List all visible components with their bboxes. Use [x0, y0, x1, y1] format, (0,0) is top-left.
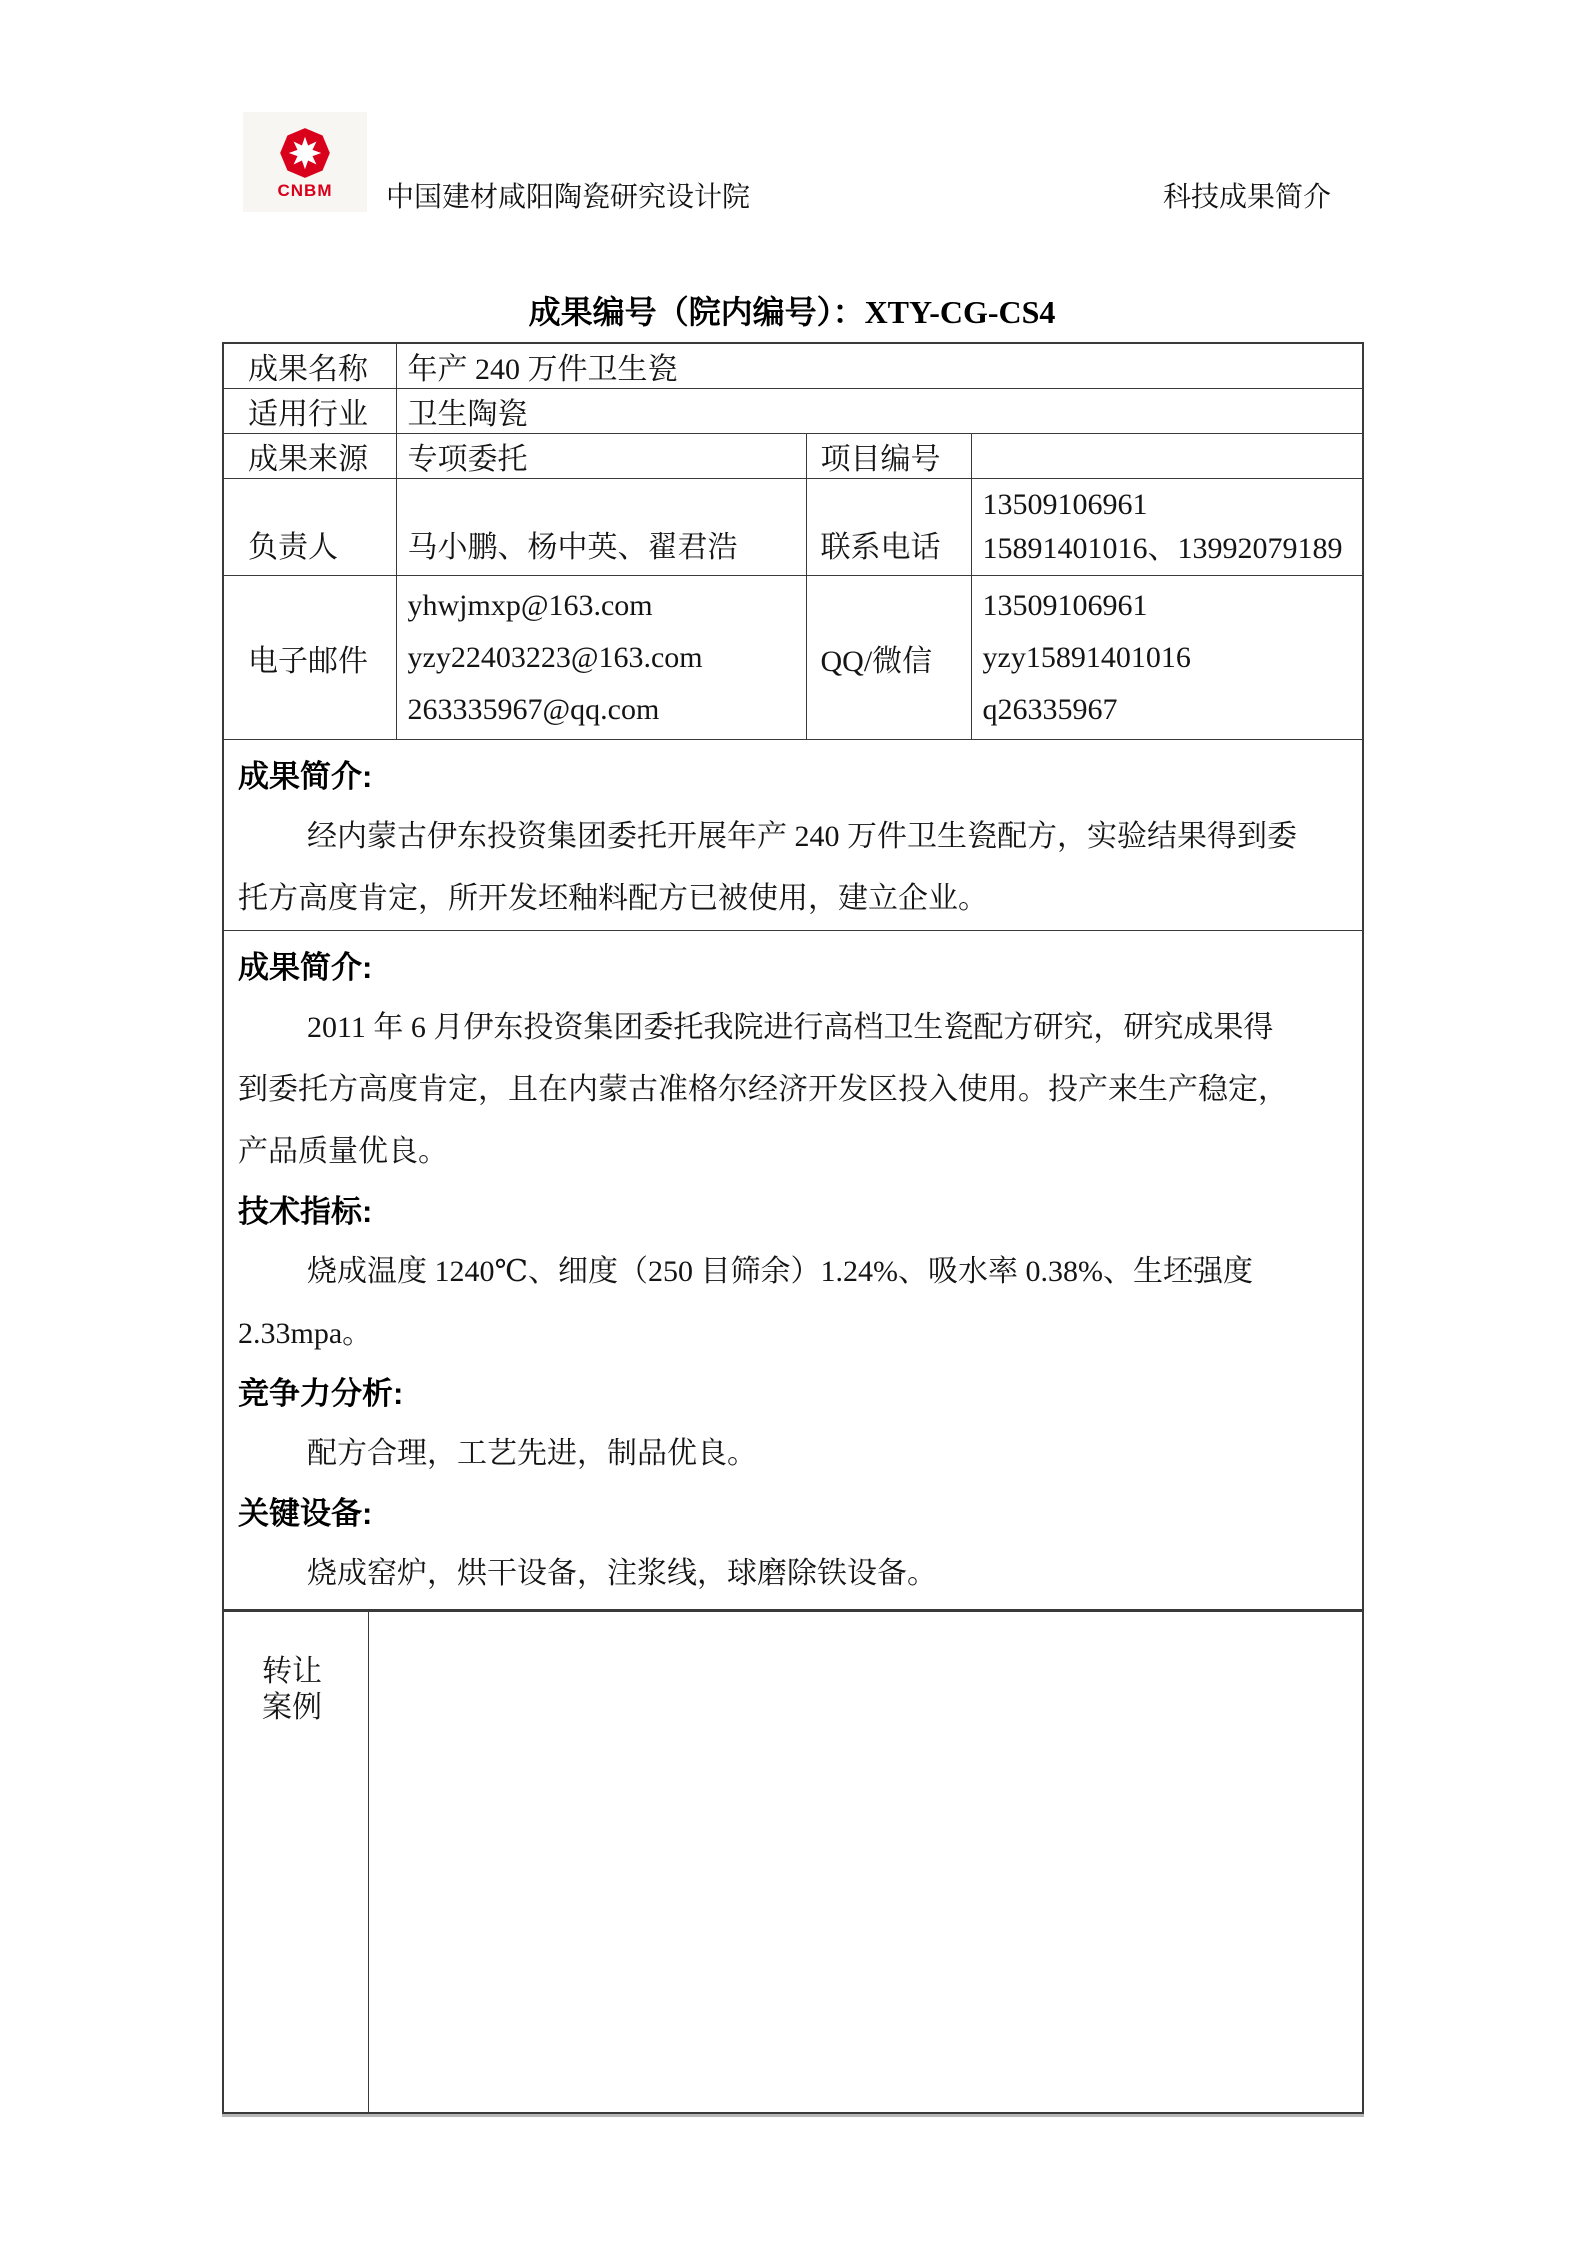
section-text-line: 产品质量优良。 — [238, 1121, 1348, 1183]
page-title: 成果编号（院内编号）：XTY-CG-CS4 — [222, 293, 1362, 331]
details-cell: 成果简介: 2011 年 6 月伊东投资集团委托我院进行高档卫生瓷配方研究，研究… — [223, 931, 1363, 1611]
source-value: 专项委托 — [396, 434, 806, 479]
row-email: 电子邮件 yhwjmxp@163.com yzy22403223@163.com… — [223, 576, 1363, 740]
phone-label: 联系电话 — [806, 479, 971, 576]
section-heading: 关键设备: — [238, 1485, 1348, 1543]
qq-line: 13509106961 — [983, 580, 1351, 632]
email-line: yhwjmxp@163.com — [408, 580, 794, 632]
document-page: CNBM 中国建材咸阳陶瓷研究设计院 科技成果简介 成果编号（院内编号）：XTY… — [0, 0, 1587, 2245]
transfer-case-label: 转让 案例 — [223, 1612, 368, 2114]
qq-line: q26335967 — [983, 684, 1351, 736]
section-text-line: 2011 年 6 月伊东投资集团委托我院进行高档卫生瓷配方研究，研究成果得 — [238, 997, 1348, 1059]
qq-line: yzy15891401016 — [983, 632, 1351, 684]
document-type-label: 科技成果简介 — [1163, 180, 1331, 214]
phone-value: 13509106961 15891401016、13992079189 — [971, 479, 1363, 576]
transfer-case-table: 转让 案例 — [222, 1611, 1364, 2114]
email-line: 263335967@qq.com — [408, 684, 794, 736]
qq-wechat-value: 13509106961 yzy15891401016 q26335967 — [971, 576, 1363, 740]
phone-line: 13509106961 — [983, 483, 1351, 527]
info-table: 成果名称 年产 240 万件卫生瓷 适用行业 卫生陶瓷 成果来源 专项委托 项目… — [222, 342, 1364, 1611]
cnbm-octagon-icon — [278, 126, 332, 180]
row-result-name: 成果名称 年产 240 万件卫生瓷 — [223, 343, 1363, 389]
cnbm-logo: CNBM — [243, 112, 367, 212]
email-value: yhwjmxp@163.com yzy22403223@163.com 2633… — [396, 576, 806, 740]
section-text-line: 经内蒙古伊东投资集团委托开展年产 240 万件卫生瓷配方，实验结果得到委 — [238, 806, 1348, 868]
result-name-value: 年产 240 万件卫生瓷 — [396, 343, 1363, 389]
email-line: yzy22403223@163.com — [408, 632, 794, 684]
phone-line: 15891401016、13992079189 — [983, 527, 1351, 571]
section-heading: 成果简介: — [238, 939, 1348, 997]
industry-value: 卫生陶瓷 — [396, 389, 1363, 434]
case-word: 案例 — [262, 1690, 358, 1726]
institute-name: 中国建材咸阳陶瓷研究设计院 — [386, 180, 750, 214]
source-label: 成果来源 — [223, 434, 396, 479]
email-label: 电子邮件 — [223, 576, 396, 740]
section-text-line: 到委托方高度肯定，且在内蒙古准格尔经济开发区投入使用。投产来生产稳定， — [238, 1059, 1348, 1121]
row-leader: 负责人 马小鹏、杨中英、翟君浩 联系电话 13509106961 1589140… — [223, 479, 1363, 576]
section-text-line: 烧成温度 1240℃、细度（250 目筛余）1.24%、吸水率 0.38%、生坯… — [238, 1241, 1348, 1303]
cnbm-logo-text: CNBM — [278, 182, 333, 199]
row-transfer-case: 转让 案例 — [223, 1612, 1363, 2114]
row-summary-1: 成果简介: 经内蒙古伊东投资集团委托开展年产 240 万件卫生瓷配方，实验结果得… — [223, 740, 1363, 931]
results-table: 成果名称 年产 240 万件卫生瓷 适用行业 卫生陶瓷 成果来源 专项委托 项目… — [222, 342, 1362, 2114]
leader-label: 负责人 — [223, 479, 396, 576]
transfer-case-value — [368, 1612, 1363, 2114]
section-heading: 竞争力分析: — [238, 1365, 1348, 1423]
section-text-line: 2.33mpa。 — [238, 1303, 1348, 1365]
industry-label: 适用行业 — [223, 389, 396, 434]
result-name-label: 成果名称 — [223, 343, 396, 389]
section-heading: 成果简介: — [238, 748, 1348, 806]
summary-1-cell: 成果简介: 经内蒙古伊东投资集团委托开展年产 240 万件卫生瓷配方，实验结果得… — [223, 740, 1363, 931]
section-text-line: 烧成窑炉，烘干设备，注浆线，球磨除铁设备。 — [238, 1543, 1348, 1605]
section-text-line: 托方高度肯定，所开发坯釉料配方已被使用，建立企业。 — [238, 868, 1348, 930]
project-number-value — [971, 434, 1363, 479]
row-details: 成果简介: 2011 年 6 月伊东投资集团委托我院进行高档卫生瓷配方研究，研究… — [223, 931, 1363, 1611]
section-heading: 技术指标: — [238, 1183, 1348, 1241]
qq-wechat-label: QQ/微信 — [806, 576, 971, 740]
project-number-label: 项目编号 — [806, 434, 971, 479]
section-text-line: 配方合理，工艺先进，制品优良。 — [238, 1423, 1348, 1485]
transfer-word: 转让 — [262, 1654, 358, 1690]
leader-value: 马小鹏、杨中英、翟君浩 — [396, 479, 806, 576]
row-industry: 适用行业 卫生陶瓷 — [223, 389, 1363, 434]
row-source: 成果来源 专项委托 项目编号 — [223, 434, 1363, 479]
